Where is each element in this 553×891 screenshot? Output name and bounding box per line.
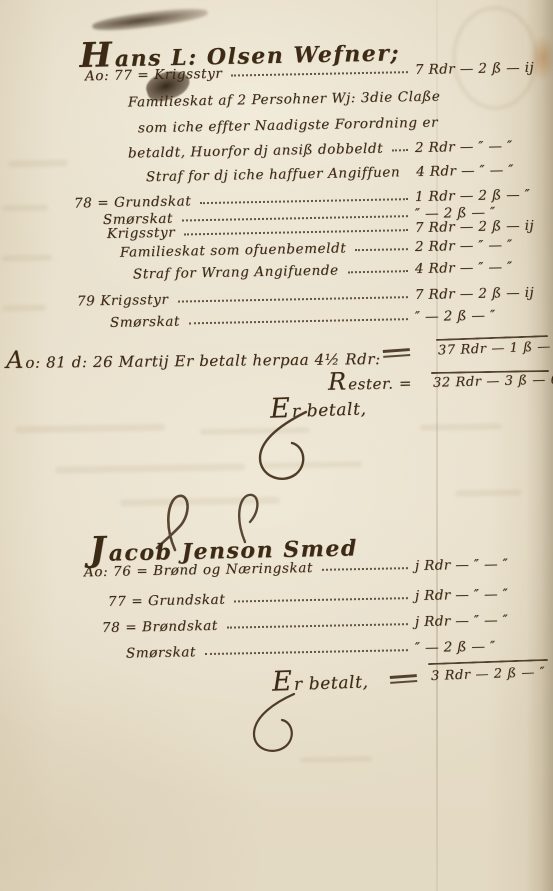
dotted-leader xyxy=(189,316,408,324)
row-label: som iche effter Naadigste Forordning er xyxy=(138,115,438,137)
row-label: Smørskat xyxy=(110,314,180,331)
row-amount: 4 Rdr — ″ — ″ xyxy=(416,161,553,180)
ledger-row: Straf for Wrang Angifuende 4 Rdr — ″ — ″ xyxy=(0,258,553,285)
bleed-through-mark xyxy=(420,423,502,430)
ledger-row: som iche effter Naadigste Forordning er xyxy=(0,112,553,139)
row-label: 77 = Grundskat xyxy=(108,592,226,610)
row-amount: 7 Rdr — 2 ß — ij xyxy=(415,59,553,78)
ledger-row: Straf for dj iche haffuer Angiffuen 4 Rd… xyxy=(0,161,553,188)
row-amount: 7 Rdr — 2 ß — ij xyxy=(415,284,553,303)
dotted-leader xyxy=(184,227,408,235)
bleed-through-mark xyxy=(300,756,372,762)
dotted-leader xyxy=(200,196,408,204)
row-amount: ″ — 2 ß — ″ xyxy=(415,637,553,656)
row-label: Krigsstyr xyxy=(107,225,176,242)
dotted-leader xyxy=(322,565,408,571)
dotted-leader xyxy=(205,647,408,655)
row-amount: j Rdr — ″ — ″ xyxy=(415,611,553,630)
flourish-loop xyxy=(248,692,306,756)
dotted-leader xyxy=(348,268,408,273)
dotted-leader xyxy=(231,69,408,76)
row-label: 78 = Grundskat xyxy=(74,193,192,211)
double-dash-mark xyxy=(383,348,410,358)
row-amount: 7 Rdr — 2 ß — ij xyxy=(415,217,553,236)
row-amount: 4 Rdr — ″ — ″ xyxy=(415,258,553,277)
rester-amount: 32 Rdr — 3 ß — 6ß xyxy=(433,372,553,391)
row-label: Straf for dj iche haffuer Angiffuen xyxy=(146,164,401,185)
manuscript-page: Hans L: Olsen Wefner; Ao: 77 = Krigsstyr… xyxy=(0,0,553,891)
row-label: betaldt, Huorfor dj ansiß dobbeldt xyxy=(128,141,383,162)
row-label: 78 = Brøndskat xyxy=(102,618,218,636)
ledger-row: Smørskat ″ — 2 ß — ″ xyxy=(0,306,553,333)
row-amount: 1 Rdr — 2 ß — ″ xyxy=(415,186,553,205)
row-amount: 2 Rdr — ″ — ″ xyxy=(415,236,553,255)
flourish-loop xyxy=(252,410,318,486)
dotted-leader xyxy=(177,294,408,302)
row-amount: j Rdr — ″ — ″ xyxy=(415,555,553,574)
row-label: Familieskat som ofuenbemeldt xyxy=(120,240,347,260)
ink-smudge xyxy=(92,5,209,34)
bleed-through-mark xyxy=(15,424,165,434)
bleed-through-mark xyxy=(55,463,245,473)
page-edge-shadow xyxy=(526,0,553,891)
ledger-row: Smørskat ″ — 2 ß — ″ xyxy=(0,637,553,664)
row-amount: j Rdr — ″ — ″ xyxy=(415,585,553,604)
row-label: Ao: 77 = Krigsstyr xyxy=(85,66,223,85)
ledger-row: 77 = Grundskat j Rdr — ″ — ″ xyxy=(0,585,553,612)
row-label: Straf for Wrang Angifuende xyxy=(133,262,339,282)
row-label: Ao: 76 = Brønd og Næringskat xyxy=(84,560,313,580)
row-amount: 2 Rdr — ″ — ″ xyxy=(415,137,553,156)
paid-note: Ao: 81 d: 26 Martij Er betalt herpaa 4½ … xyxy=(6,342,381,374)
dotted-leader xyxy=(234,595,408,602)
row-amount: ″ — 2 ß — ″ xyxy=(415,306,553,325)
ledger-row: Familieskat af 2 Persohner Wj: 3die Claß… xyxy=(0,86,553,113)
dotted-leader xyxy=(392,147,408,151)
row-label: 79 Krigsstyr xyxy=(77,292,169,310)
row-label: Smørskat xyxy=(126,644,196,661)
bleed-through-mark xyxy=(455,489,521,496)
double-dash-mark xyxy=(390,674,417,684)
vertical-crease xyxy=(436,0,438,891)
dotted-leader xyxy=(355,246,408,251)
ledger-row: 78 = Brøndskat j Rdr — ″ — ″ xyxy=(0,611,553,638)
ledger-row: betaldt, Huorfor dj ansiß dobbeldt 2 Rdr… xyxy=(0,137,553,164)
dotted-leader xyxy=(227,621,408,628)
